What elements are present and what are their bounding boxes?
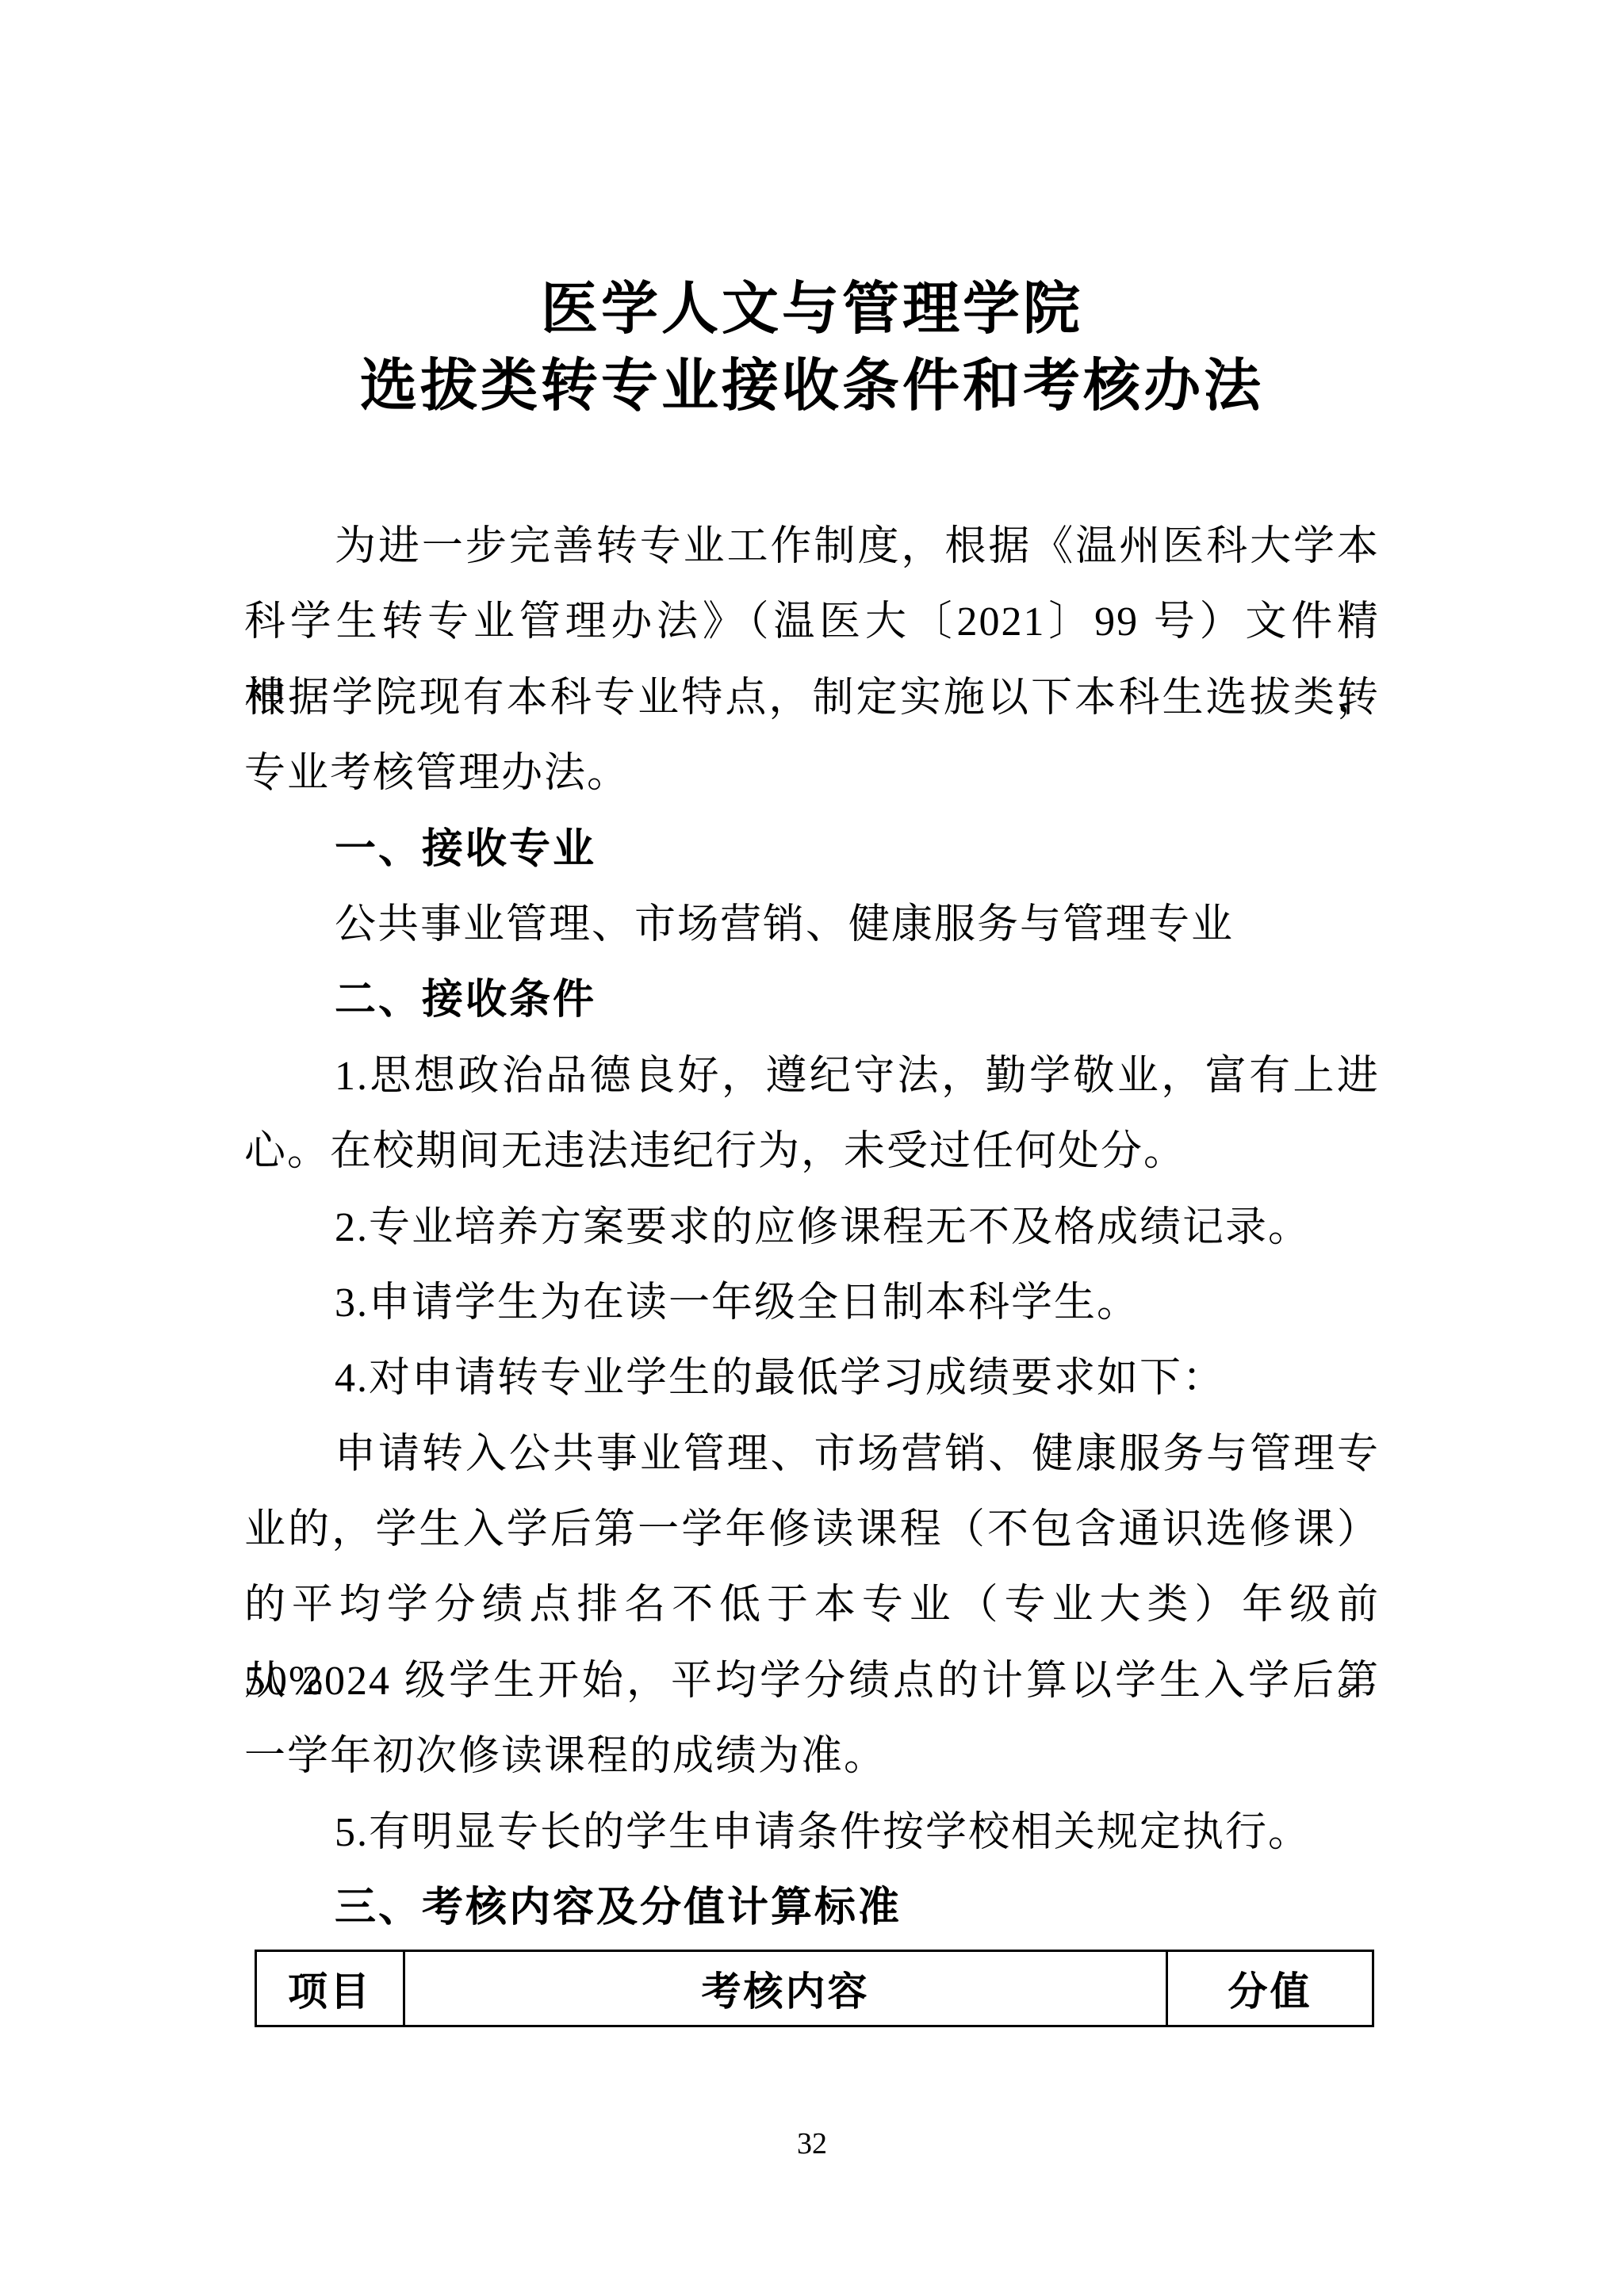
table-header-assessment-content: 考核内容 [405, 1952, 1168, 2025]
body-text-line: 专业考核管理办法。 [244, 736, 1380, 811]
document-title: 医学人文与管理学院 选拔类转专业接收条件和考核办法 [0, 271, 1624, 425]
body-text-line: 申请转入公共事业管理、市场营销、健康服务与管理专 [244, 1417, 1380, 1492]
body-text-line: 业的，学生入学后第一学年修读课程（不包含通识选修课） [244, 1492, 1380, 1567]
body-text-line: 根据学院现有本科专业特点，制定实施以下本科生选拔类转 [244, 660, 1380, 736]
body-text-line: 从 2024 级学生开始，平均学分绩点的计算以学生入学后第 [244, 1644, 1380, 1719]
title-line-1: 医学人文与管理学院 [0, 271, 1624, 348]
document-body: 为进一步完善转专业工作制度，根据《温州医科大学本科学生转专业管理办法》（温医大〔… [244, 509, 1380, 1946]
body-text-line: 4.对申请转专业学生的最低学习成绩要求如下： [244, 1341, 1380, 1416]
body-text-line: 一学年初次修读课程的成绩为准。 [244, 1719, 1380, 1794]
table-header-item: 项目 [257, 1952, 405, 2025]
section-heading: 三、考核内容及分值计算标准 [244, 1870, 1380, 1946]
body-text-line: 心。在校期间无违法违纪行为，未受过任何处分。 [244, 1114, 1380, 1189]
body-text-line: 科学生转专业管理办法》（温医大〔2021〕99 号）文件精神， [244, 584, 1380, 660]
title-line-2: 选拔类转专业接收条件和考核办法 [0, 348, 1624, 425]
body-text-line: 1.思想政治品德良好，遵纪守法，勤学敬业，富有上进 [244, 1039, 1380, 1114]
body-text-line: 3.申请学生为在读一年级全日制本科学生。 [244, 1265, 1380, 1341]
body-text-line: 为进一步完善转专业工作制度，根据《温州医科大学本 [244, 509, 1380, 584]
page-number: 32 [0, 2126, 1624, 2161]
body-text-line: 的平均学分绩点排名不低于本专业（专业大类）年级前 50%。 [244, 1567, 1380, 1643]
section-heading: 二、接收条件 [244, 962, 1380, 1038]
section-heading: 一、接收专业 [244, 812, 1380, 887]
document-page: 医学人文与管理学院 选拔类转专业接收条件和考核办法 为进一步完善转专业工作制度，… [0, 0, 1624, 2296]
body-text-line: 2.专业培养方案要求的应修课程无不及格成绩记录。 [244, 1190, 1380, 1265]
assessment-criteria-table: 项目 考核内容 分值 [255, 1950, 1374, 2027]
body-text-line: 5.有明显专长的学生申请条件按学校相关规定执行。 [244, 1795, 1380, 1870]
table-header-score: 分值 [1168, 1952, 1372, 2025]
body-text-line: 公共事业管理、市场营销、健康服务与管理专业 [244, 887, 1380, 962]
